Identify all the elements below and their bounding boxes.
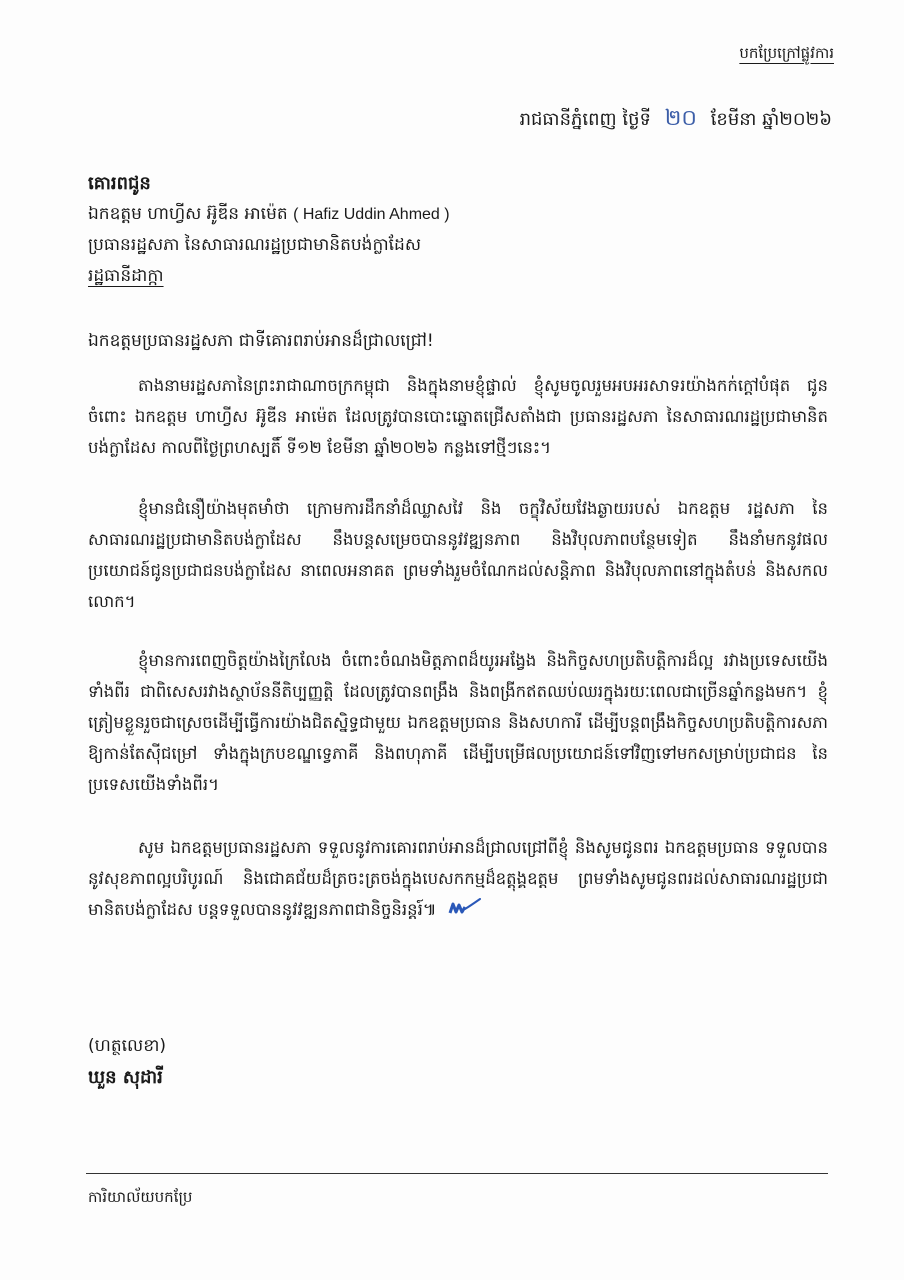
signature-block: (ហត្ថលេខា) ឃួន សុដារី bbox=[88, 1030, 166, 1094]
date-prefix: រាជធានីភ្នំពេញ ថ្ងៃទី bbox=[520, 109, 651, 130]
greeting: ឯកឧត្តមប្រធានរដ្ឋសភា ជាទីគោរពរាប់អានដ៏ជ្… bbox=[88, 330, 434, 355]
paragraph-1: តាងនាមរដ្ឋសភានៃព្រះរាជាណាចក្រកម្ពុជា និង… bbox=[88, 370, 828, 463]
recipient-title: ប្រធានរដ្ឋសភា នៃសាធារណរដ្ឋប្រជាមានិតបង់ក… bbox=[88, 230, 450, 261]
paragraph-text: តាងនាមរដ្ឋសភានៃព្រះរាជាណាចក្រកម្ពុជា និង… bbox=[88, 376, 828, 457]
paragraph-3: ខ្ញុំមានការពេញចិត្តយ៉ាងក្រៃលែង ចំពោះចំណង… bbox=[88, 645, 828, 800]
footer-divider bbox=[86, 1173, 828, 1174]
signature-note: (ហត្ថលេខា) bbox=[88, 1030, 166, 1062]
handwritten-initial-checkmark-icon bbox=[448, 895, 482, 926]
salutation-heading: គោរពជូន bbox=[88, 168, 450, 199]
recipient-block: គោរពជូន ឯកឧត្តម ហាហ្វីស អ៊ូឌីន អាម៉េត ( … bbox=[88, 168, 450, 292]
date-line: រាជធានីភ្នំពេញ ថ្ងៃទី ២០ ខែមីនា ឆ្នាំ២០២… bbox=[520, 104, 832, 136]
signer-name: ឃួន សុដារី bbox=[88, 1062, 166, 1094]
paragraph-text: ខ្ញុំមានការពេញចិត្តយ៉ាងក្រៃលែង ចំពោះចំណង… bbox=[88, 651, 828, 794]
letter-page: បកប្រែក្រៅផ្លូវការ រាជធានីភ្នំពេញ ថ្ងៃទី… bbox=[0, 0, 904, 1280]
recipient-name-latin: ( Hafiz Uddin Ahmed ) bbox=[293, 206, 450, 223]
paragraph-4: សូម ឯកឧត្តមប្រធានរដ្ឋសភា ទទួលនូវការគោរពរ… bbox=[88, 832, 828, 926]
unofficial-translation-label: បកប្រែក្រៅផ្លូវការ bbox=[739, 44, 834, 66]
footer-office-label: ការិយាល័យបកប្រែ bbox=[88, 1188, 192, 1210]
paragraph-text: ខ្ញុំមានជំនឿយ៉ាងមុតមាំថា ក្រោមការដឹកនាំដ… bbox=[88, 499, 828, 611]
handwritten-day: ២០ bbox=[665, 106, 697, 131]
recipient-location: រដ្ឋធានីដាក្កា bbox=[88, 261, 450, 292]
recipient-name-khmer: ឯកឧត្តម ហាហ្វីស អ៊ូឌីន អាម៉េត bbox=[88, 204, 288, 224]
paragraph-2: ខ្ញុំមានជំនឿយ៉ាងមុតមាំថា ក្រោមការដឹកនាំដ… bbox=[88, 493, 828, 617]
recipient-name: ឯកឧត្តម ហាហ្វីស អ៊ូឌីន អាម៉េត ( Hafiz Ud… bbox=[88, 199, 450, 230]
date-suffix: ខែមីនា ឆ្នាំ២០២៦ bbox=[711, 109, 832, 130]
